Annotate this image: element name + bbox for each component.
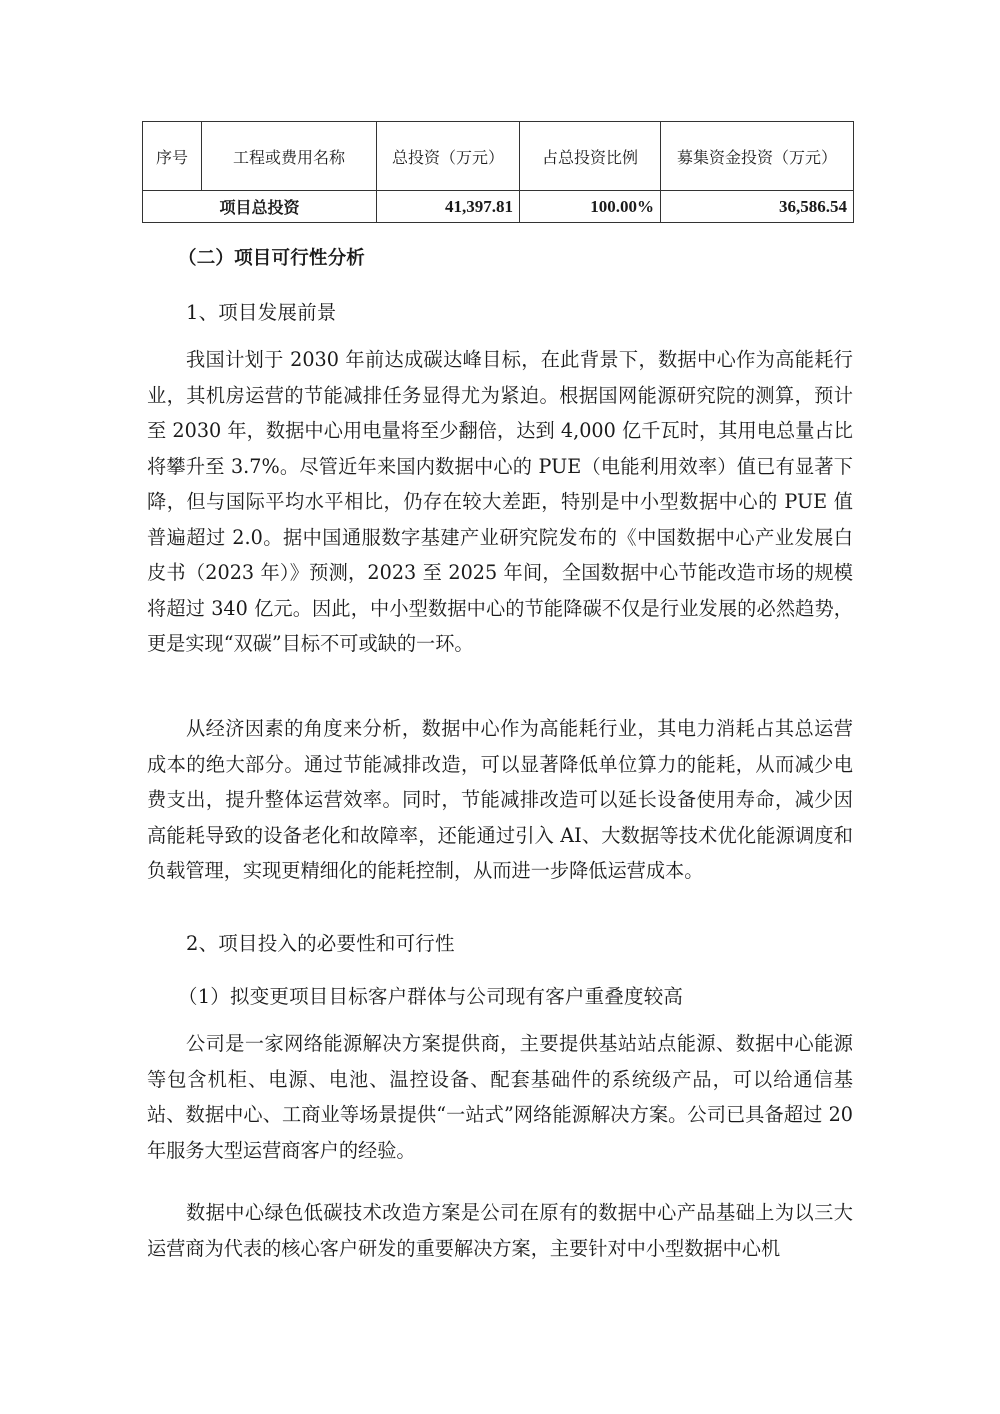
paragraph-4: 数据中心绿色低碳技术改造方案是公司在原有的数据中心产品基础上为以三大运营商为代表… xyxy=(147,1195,853,1266)
header-index: 序号 xyxy=(143,122,202,191)
paragraph-3: 公司是一家网络能源解决方案提供商，主要提供基站站点能源、数据中心能源等包含机柜、… xyxy=(147,1026,853,1168)
investment-table: 序号 工程或费用名称 总投资（万元） 占总投资比例 募集资金投资（万元） 项目总… xyxy=(142,121,854,223)
row-label: 项目总投资 xyxy=(143,191,377,223)
table-row: 项目总投资 41,397.81 100.00% 36,586.54 xyxy=(143,191,854,223)
subheading-2-1: （1）拟变更项目目标客户群体与公司现有客户重叠度较高 xyxy=(178,981,683,1009)
header-total-investment: 总投资（万元） xyxy=(377,122,520,191)
subheading-1: 1、项目发展前景 xyxy=(186,297,337,325)
section-heading: （二）项目可行性分析 xyxy=(178,244,365,270)
table-header-row: 序号 工程或费用名称 总投资（万元） 占总投资比例 募集资金投资（万元） xyxy=(143,122,854,191)
ratio-value: 100.00% xyxy=(520,191,661,223)
header-item-name: 工程或费用名称 xyxy=(202,122,377,191)
subheading-2: 2、项目投入的必要性和可行性 xyxy=(186,928,455,956)
paragraph-2: 从经济因素的角度来分析，数据中心作为高能耗行业，其电力消耗占其总运营成本的绝大部… xyxy=(147,711,853,889)
total-investment-value: 41,397.81 xyxy=(377,191,520,223)
raised-funds-value: 36,586.54 xyxy=(661,191,854,223)
header-raised-funds: 募集资金投资（万元） xyxy=(661,122,854,191)
paragraph-1: 我国计划于 2030 年前达成碳达峰目标，在此背景下，数据中心作为高能耗行业，其… xyxy=(147,342,853,662)
header-ratio: 占总投资比例 xyxy=(520,122,661,191)
